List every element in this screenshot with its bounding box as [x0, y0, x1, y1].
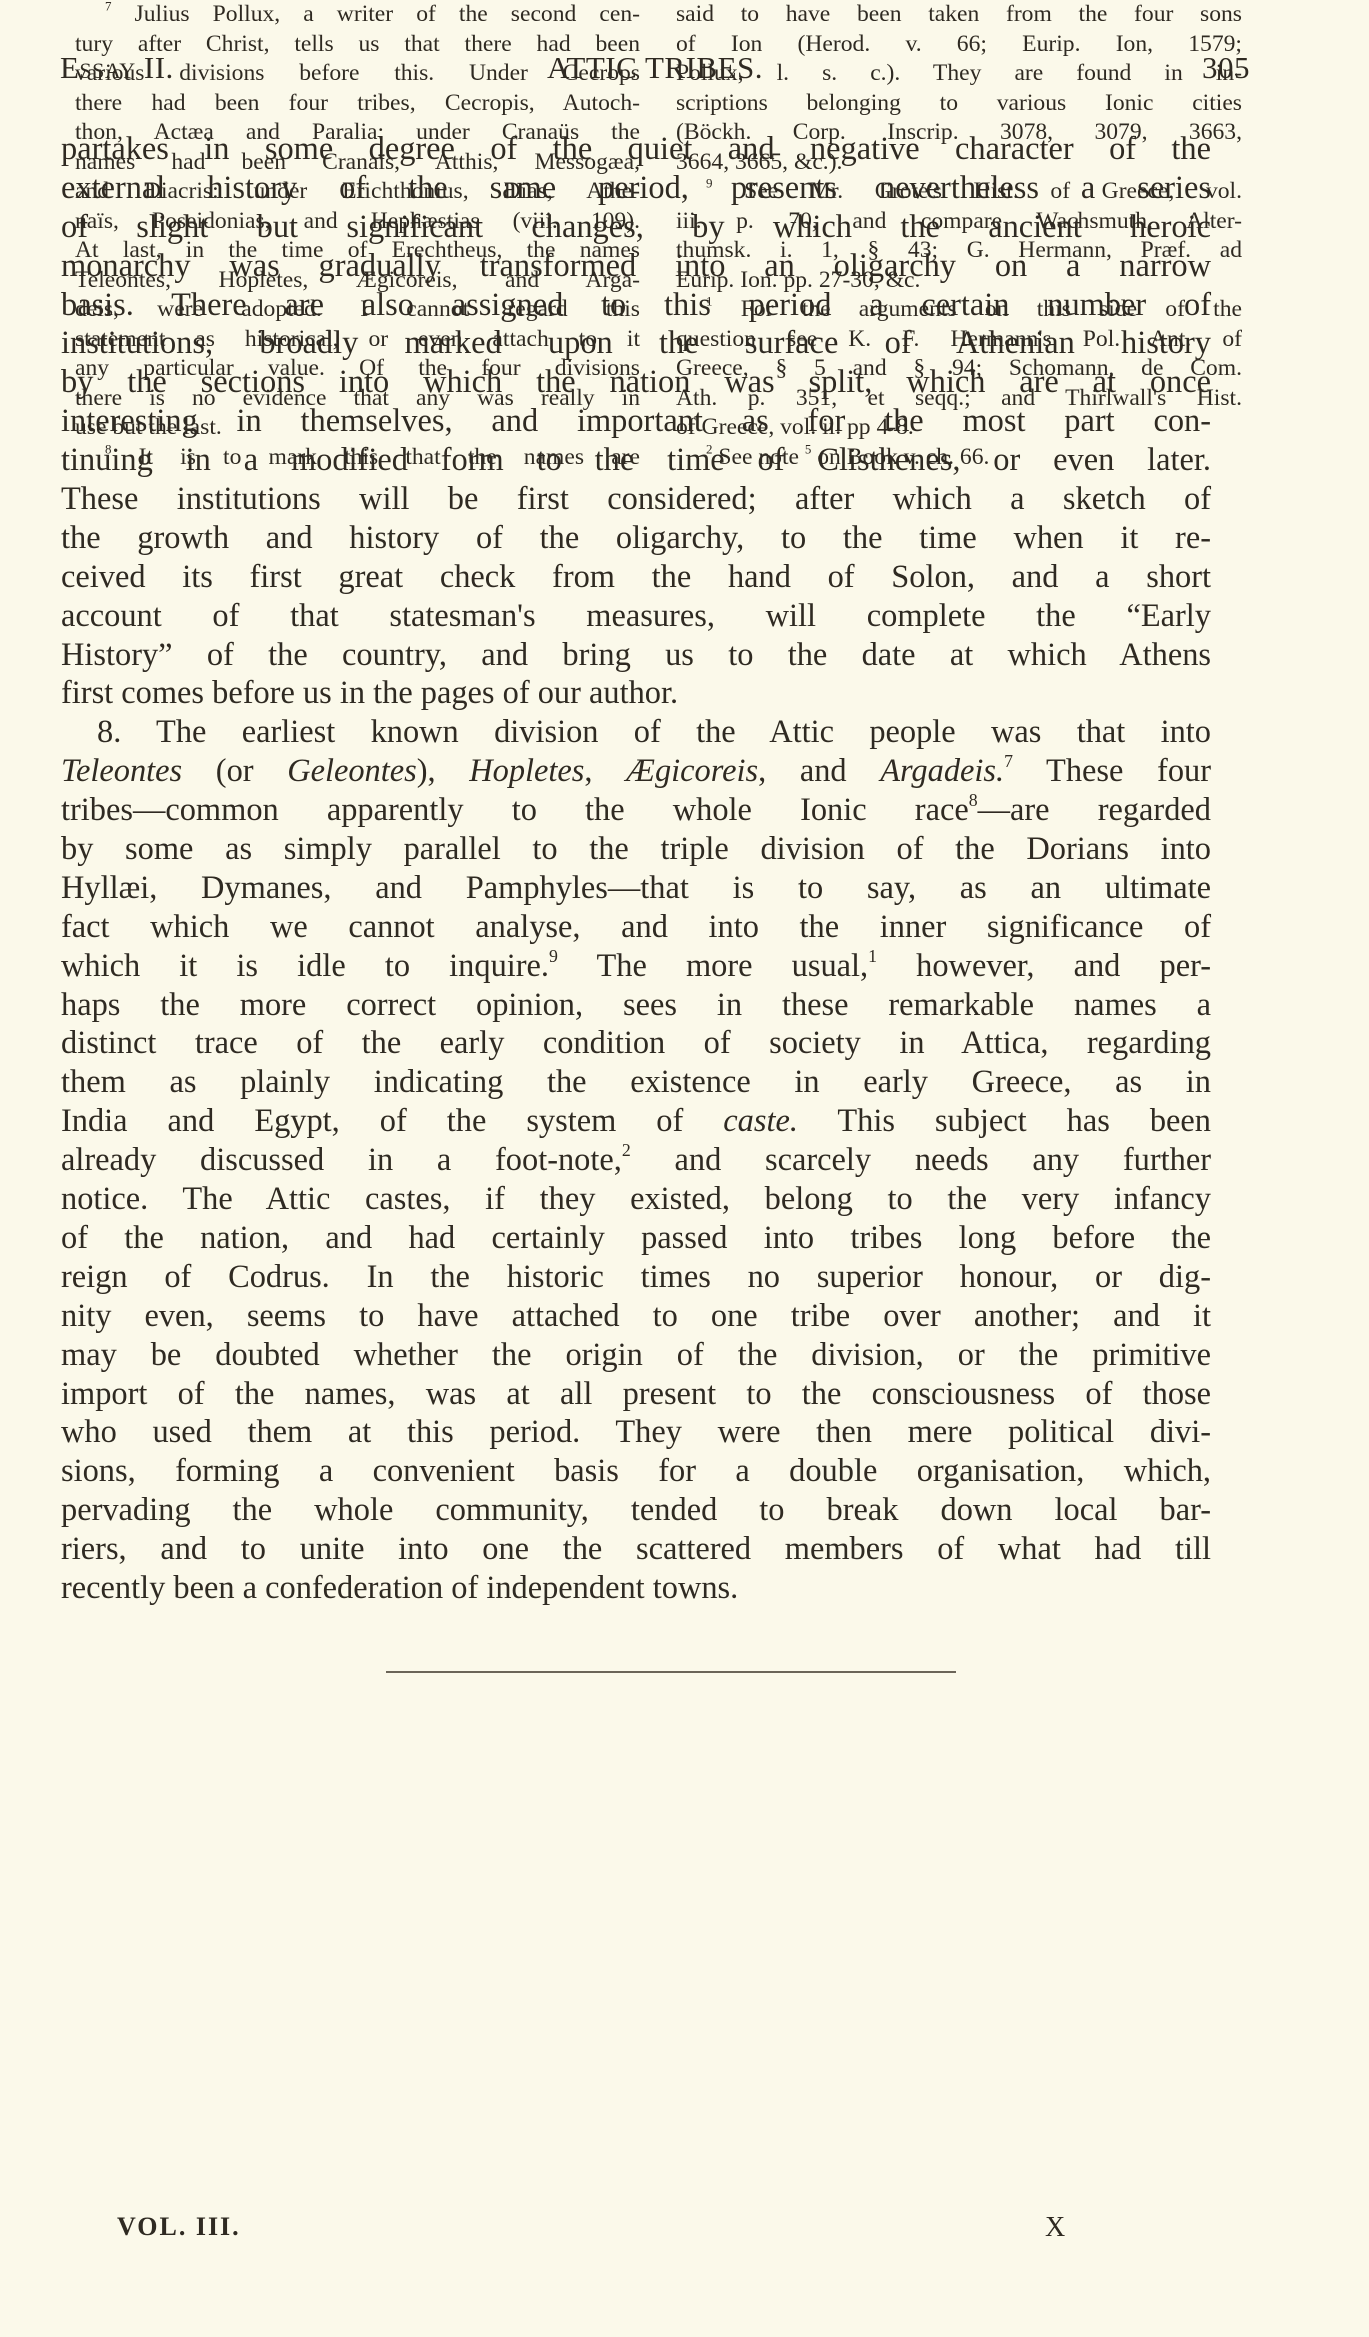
text-line: by some as simply parallel to the triple… — [61, 830, 1211, 869]
footnote-start: 1 For the arguments on this side of the — [676, 295, 1242, 325]
text-line: haps the more correct opinion, sees in t… — [61, 986, 1211, 1025]
footnote-line: tury after Christ, tells us that there h… — [75, 30, 640, 60]
paragraph-8-start: 8. The earliest known division of the At… — [61, 713, 1211, 752]
text-line: them as plainly indicating the existence… — [61, 1063, 1211, 1102]
footnotes-left-column: 7 Julius Pollux, a writer of the second … — [75, 0, 640, 472]
footnote-line: deis, were adopted. I cannot regard this — [75, 295, 640, 325]
volume-signature: VOL. III. — [117, 2212, 241, 2242]
footnote-line: names had been Cranaïs, Atthis, Messogæa… — [75, 148, 640, 178]
text-line: ceived its first great check from the ha… — [61, 558, 1211, 597]
text-line: sions, forming a convenient basis for a … — [61, 1452, 1211, 1491]
text-line: who used them at this period. They were … — [61, 1413, 1211, 1452]
footnote-start: 7 Julius Pollux, a writer of the second … — [75, 0, 640, 30]
text-line: Hyllæi, Dymanes, and Pamphyles—that is t… — [61, 869, 1211, 908]
text-line: may be doubted whether the origin of the… — [61, 1336, 1211, 1375]
footnote-line: iii. p. 70, and compare Wachsmuth, Alter… — [676, 207, 1242, 237]
footnote-line: Pollux, l. s. c.). They are found in in- — [676, 59, 1242, 89]
footnote-divider — [386, 1671, 956, 1673]
text-line: These institutions will be first conside… — [61, 480, 1211, 519]
footnote-line: there is no evidence that any was really… — [75, 384, 640, 414]
footnote-ref[interactable]: 1 — [868, 945, 877, 965]
text-line: India and Egypt, of the system of caste.… — [61, 1102, 1211, 1141]
footnote-line: At last, in the time of Erechtheus, the … — [75, 236, 640, 266]
text-line: Teleontes (or Geleontes), Hopletes, Ægic… — [61, 752, 1211, 791]
footnote-line: (Böckh. Corp. Inscrip. 3078, 3079, 3663, — [676, 118, 1242, 148]
text-line: of the nation, and had certainly passed … — [61, 1219, 1211, 1258]
text-line: tribes—common apparently to the whole Io… — [61, 791, 1211, 830]
text-line: recently been a confederation of indepen… — [61, 1569, 1211, 1608]
text-line: History” of the country, and bring us to… — [61, 636, 1211, 675]
signature-mark: X — [1045, 2212, 1065, 2244]
footnote-line: naïs, Poseidonias, and Hephæstias (viii.… — [75, 207, 640, 237]
text-line: riers, and to unite into one the scatter… — [61, 1530, 1211, 1569]
footnote-start: 8 It is to mark this that the names are — [75, 443, 640, 473]
footnotes-right-column: said to have been taken from the four so… — [676, 0, 1242, 472]
footnote-line: statement as historical, or even attach … — [75, 325, 640, 355]
footnote-line: thon, Actæa and Paralia: under Cranaüs t… — [75, 118, 640, 148]
footnote-ref[interactable]: 9 — [549, 945, 558, 965]
footnote-line: and Diacris: under Erichthonius, Dias, A… — [75, 177, 640, 207]
tribe-name: Argadeis. — [880, 753, 1004, 789]
footnote-ref[interactable]: 7 — [1004, 751, 1013, 771]
text-line: reign of Codrus. In the historic times n… — [61, 1258, 1211, 1297]
text-line: nity even, seems to have attached to one… — [61, 1297, 1211, 1336]
footnote-line: scriptions belonging to various Ionic ci… — [676, 89, 1242, 119]
text-line: pervading the whole community, tended to… — [61, 1491, 1211, 1530]
tribe-name: Ægicoreis — [626, 753, 758, 789]
footnote-line: Greece, § 5 and § 94; Schomann, de Com. — [676, 354, 1242, 384]
footnote-line: Teleontes, Hopletes, Ægicoreis, and Arga… — [75, 266, 640, 296]
book-page: Essay II. ATTIC TRIBES. 305 partakes in … — [0, 0, 1369, 2337]
text-line: fact which we cannot analyse, and into t… — [61, 908, 1211, 947]
footnote-line: of Greece, vol. ii. pp 4-8. — [676, 413, 1242, 443]
footnote-line: any particular value. Of the four divisi… — [75, 354, 640, 384]
tribe-name: Teleontes — [61, 753, 182, 789]
footnote-line: thumsk. i. 1, § 43; G. Hermann, Præf. ad — [676, 236, 1242, 266]
footnote-line: there had been four tribes, Cecropis, Au… — [75, 89, 640, 119]
footnote-line: use but the last. — [75, 413, 640, 443]
footnote-start: 2 See note 5 on Book v. ch. 66. — [676, 443, 1242, 473]
footnote-line: various divisions before this. Under Cec… — [75, 59, 640, 89]
tribe-name: Hopletes — [469, 753, 584, 789]
footnote-line: of Ion (Herod. v. 66; Eurip. Ion, 1579; — [676, 30, 1242, 60]
footnote-ref[interactable]: 8 — [969, 790, 978, 810]
footnote-ref[interactable]: 2 — [622, 1140, 631, 1160]
tribe-name: Geleontes — [287, 753, 417, 789]
footnote-line: said to have been taken from the four so… — [676, 0, 1242, 30]
text-line: already discussed in a foot-note,2 and s… — [61, 1141, 1211, 1180]
footnote-line: Eurip. Ion. pp. 27-30, &c. — [676, 266, 1242, 296]
footnote-line: 3664, 3665, &c.). — [676, 148, 1242, 178]
text-line: first comes before us in the pages of ou… — [61, 674, 1211, 713]
text-line: distinct trace of the early condition of… — [61, 1024, 1211, 1063]
text-line: notice. The Attic castes, if they existe… — [61, 1180, 1211, 1219]
footnote-start: 9 See Mr. Grote's Hist. of Greece, vol. — [676, 177, 1242, 207]
text-line: which it is idle to inquire.9 The more u… — [61, 947, 1211, 986]
text-line: the growth and history of the oligarchy,… — [61, 519, 1211, 558]
footnote-line: question see K. F. Hermann's Pol. Ant. o… — [676, 325, 1242, 355]
text-line: import of the names, was at all present … — [61, 1375, 1211, 1414]
text-line: account of that statesman's measures, wi… — [61, 597, 1211, 636]
footnote-line: Ath. p. 351, et seqq.; and Thirlwall's H… — [676, 384, 1242, 414]
